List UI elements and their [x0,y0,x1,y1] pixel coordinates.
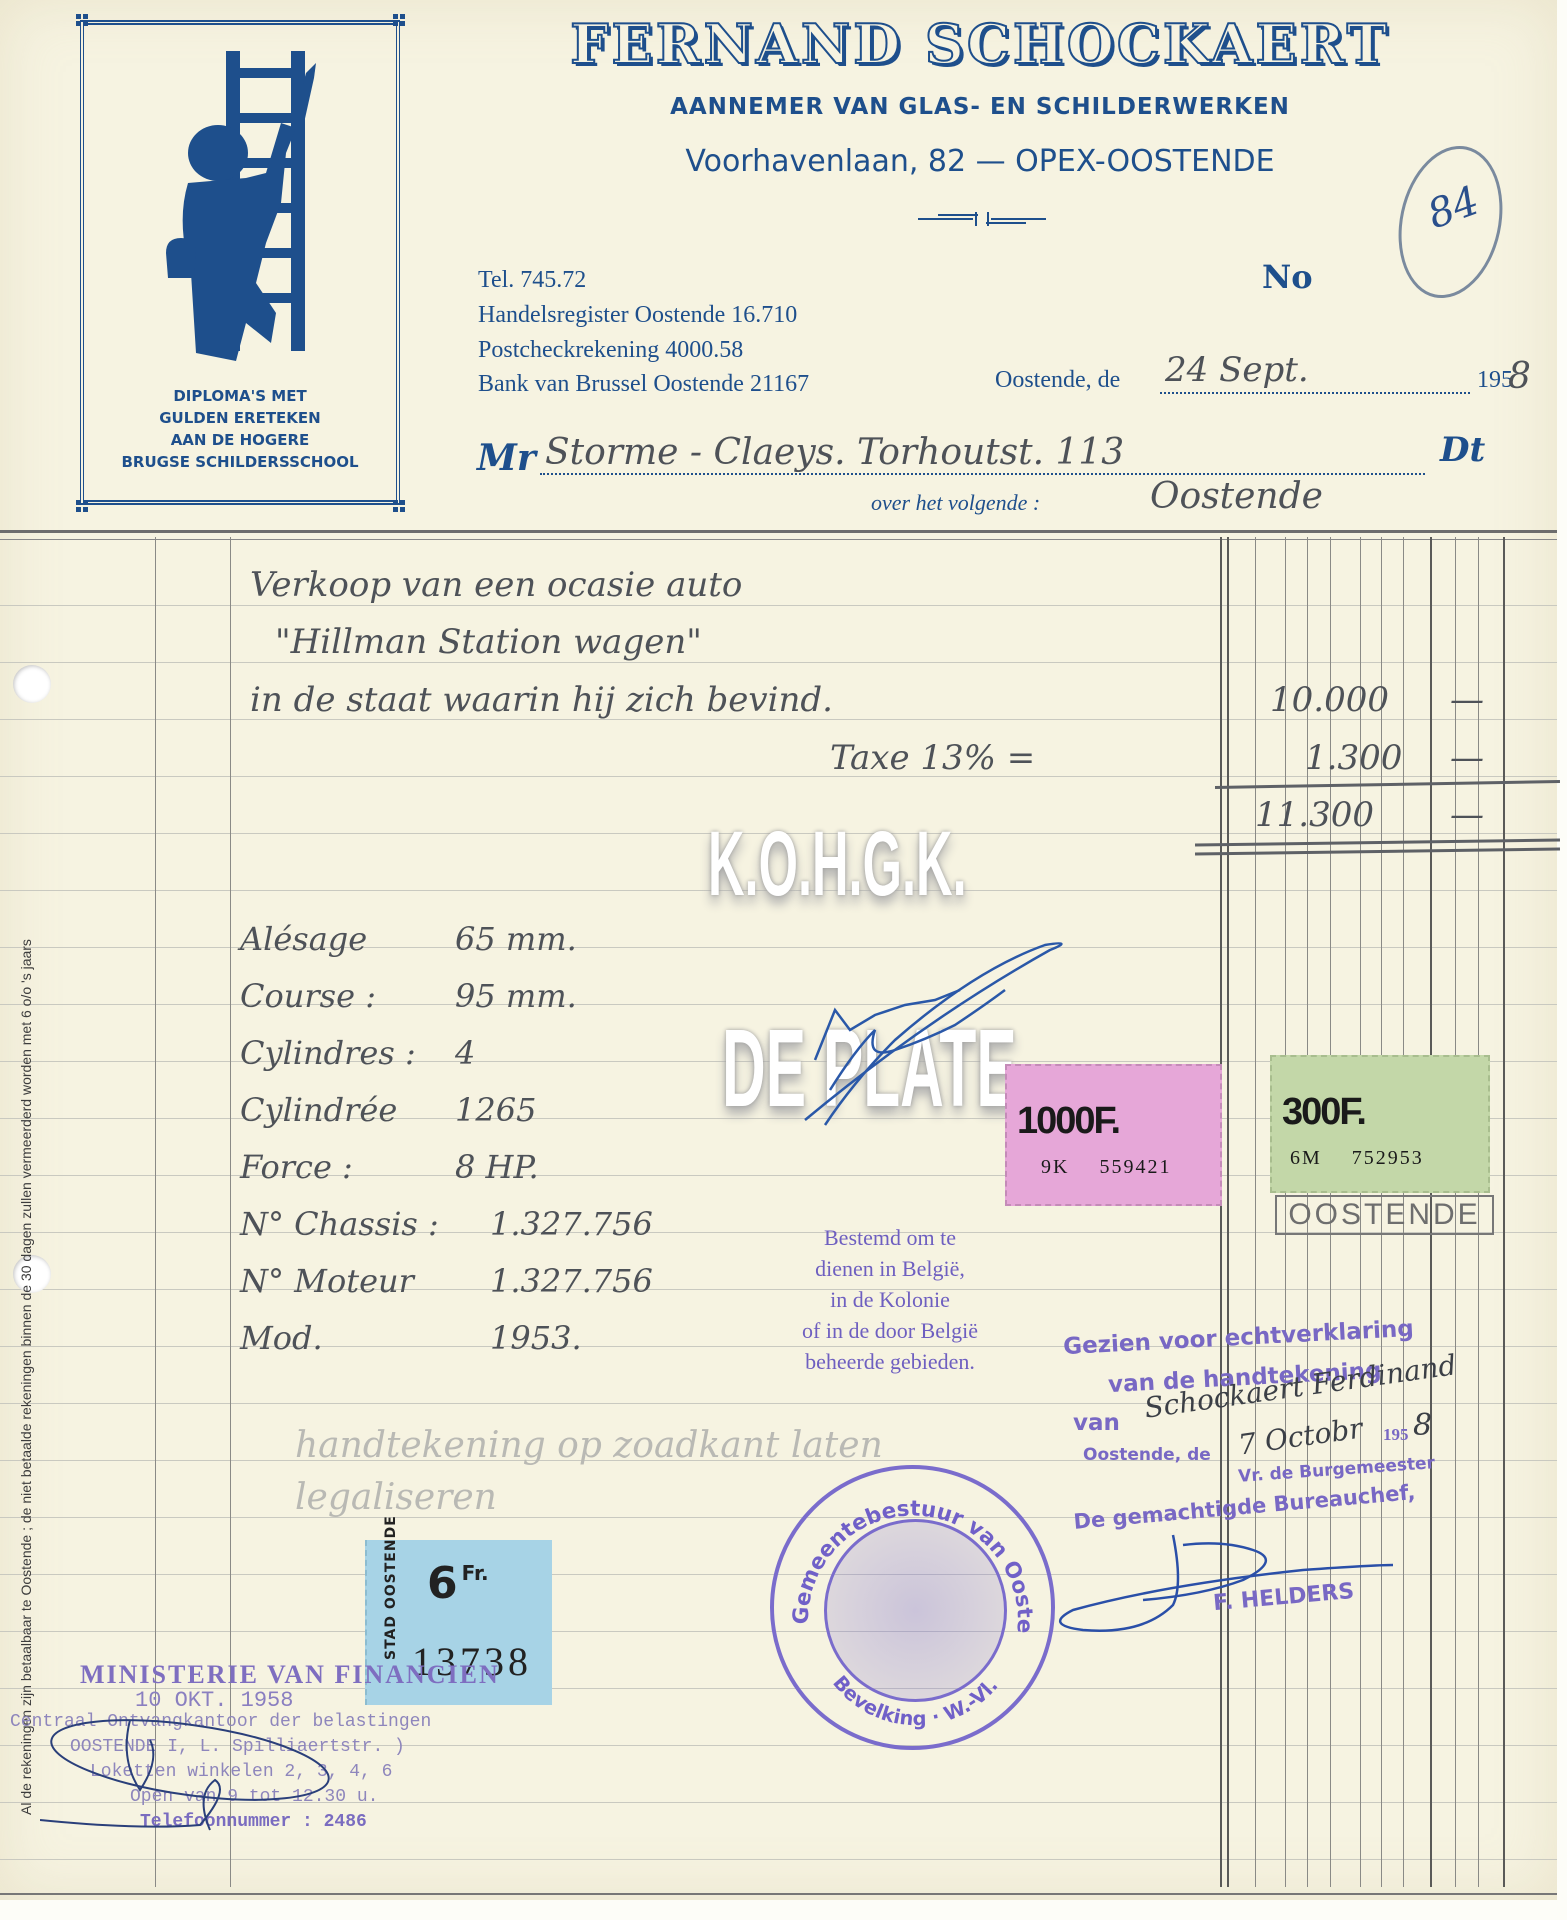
spec-value: 65 mm. [455,920,577,958]
spec-row: Cylindres :4 [240,1034,416,1072]
recipient-name: Storme - Claeys. Torhoutst. 113 [545,432,1124,473]
spec-row: Mod.1953. [240,1319,323,1357]
fiscal-stamp-1000f: 1000F. 9K559421 [1005,1064,1222,1206]
total-double-rule [1195,847,1560,855]
spec-label: Course : [240,977,376,1015]
signature-helders-icon [1043,1525,1483,1635]
over-het-volgende-label: over het volgende : [871,490,1040,516]
logo-caption: DIPLOMA'S MET GULDEN ERETEKEN AAN DE HOG… [84,385,396,473]
spec-label: Mod. [240,1319,323,1357]
divider-ornament-icon [918,212,1046,226]
ledger-row-line [0,1859,1557,1860]
tax-label: Taxe 13% = [830,738,1035,778]
corner-ornament [76,14,88,26]
ledger-column-line [1220,537,1222,1887]
amount-dash: — [1450,738,1484,778]
spec-row: Alésage65 mm. [240,920,367,958]
invoice-date: 24 Sept. [1165,350,1309,390]
corner-ornament [76,500,88,512]
spec-row: Course :95 mm. [240,977,376,1015]
total-double-rule [1195,838,1560,846]
spec-label: Cylindrée [240,1091,397,1129]
punch-hole [13,665,51,703]
handelsregister: Handelsregister Oostende 16.710 [478,297,797,333]
subtotal-rule [1215,780,1560,789]
spec-value: 1953. [490,1319,582,1357]
date-dotted-line [1160,392,1470,394]
spec-value: 4 [455,1034,475,1072]
payment-terms-note: Al de rekeningen zijn betaalbaar te Oost… [18,939,34,1815]
signature-ministry-icon [40,1700,340,1840]
ledger-column-line [1503,537,1505,1887]
svg-text:Bevelking · W.-Vl.: Bevelking · W.-Vl. [828,1671,1002,1730]
tel-number: Tel. 745.72 [478,262,586,298]
spec-row: Force :8 HP. [240,1148,353,1186]
svg-text:Gemeentebestuur van Oostende: Gemeentebestuur van Oostende [774,1469,1037,1634]
recipient-prefix: Mr [477,437,536,479]
spec-row: N° Moteur1.327.756 [240,1262,414,1300]
spec-label: Alésage [240,920,367,958]
recipient-city: Oostende [1150,476,1323,517]
company-address: Voorhavenlaan, 82 — OPEX-OOSTENDE [475,144,1485,179]
invoice-number-label: No [1262,258,1313,296]
ledger-top-rule [0,530,1557,540]
spec-value: 1.327.756 [490,1205,653,1243]
ledger-column-line [1227,537,1229,1887]
seal-top-text: Gemeentebestuur van Oostende [774,1469,1037,1634]
year-handwritten: 8 [1508,356,1531,397]
spec-value: 1265 [455,1091,536,1129]
seal-bottom-text: Bevelking · W.-Vl. [828,1671,1002,1730]
description-line: "Hillman Station wagen" [275,622,702,662]
ledger-row-line [0,662,1557,663]
description-line: in de staat waarin hij zich bevind. [250,680,833,720]
spec-row: N° Chassis :1.327.756 [240,1205,439,1243]
description-line: Verkoop van een ocasie auto [250,565,742,605]
bestemd-stamp: Bestemd om te dienen in België, in de Ko… [775,1222,1005,1377]
watermark-line1: K.O.H.G.K. [708,812,967,917]
corner-ornament [393,14,405,26]
ledger-bottom-rule [0,1893,1557,1895]
ledger-row-line [0,605,1557,606]
logo-box: DIPLOMA'S MET GULDEN ERETEKEN AAN DE HOG… [80,20,400,505]
painter-on-ladder-icon [166,43,316,373]
corner-ornament [393,500,405,512]
amount-dash: — [1450,680,1484,720]
spec-value: 8 HP. [455,1148,539,1186]
amount-tax: 1.300 [1305,738,1402,778]
bank-account: Bank van Brussel Oostende 21167 [478,366,809,402]
amount-total: 11.300 [1255,795,1374,835]
spec-label: Force : [240,1148,353,1186]
invoice-paper: DIPLOMA'S MET GULDEN ERETEKEN AAN DE HOG… [0,0,1557,1900]
recipient-dotted-line [540,473,1425,475]
spec-value: 95 mm. [455,977,577,1015]
spec-label: Cylindres : [240,1034,416,1072]
cancel-mark-oostende: OOSTENDE [1275,1195,1494,1235]
ledger-column-line [1255,537,1256,1887]
spec-row: Cylindrée1265 [240,1091,397,1129]
amount-price: 10.000 [1270,680,1389,720]
fiscal-stamp-300f: 300F. 6M752953 [1270,1055,1490,1193]
spec-value: 1.327.756 [490,1262,653,1300]
postcheck-account: Postcheckrekening 4000.58 [478,332,743,368]
spec-label: N° Chassis : [240,1205,439,1243]
spec-label: N° Moteur [240,1262,414,1300]
date-label: Oostende, de [995,367,1120,394]
debit-label: Dt [1440,430,1485,470]
ledger-row-line [0,1403,1557,1404]
company-subtitle: AANNEMER VAN GLAS- EN SCHILDERWERKEN [475,94,1485,120]
amount-dash: — [1450,795,1484,835]
municipal-seal: Gemeentebestuur van Oostende Bevelking ·… [770,1465,1055,1750]
company-name: FERNAND SCHOCKAERT [475,12,1485,76]
